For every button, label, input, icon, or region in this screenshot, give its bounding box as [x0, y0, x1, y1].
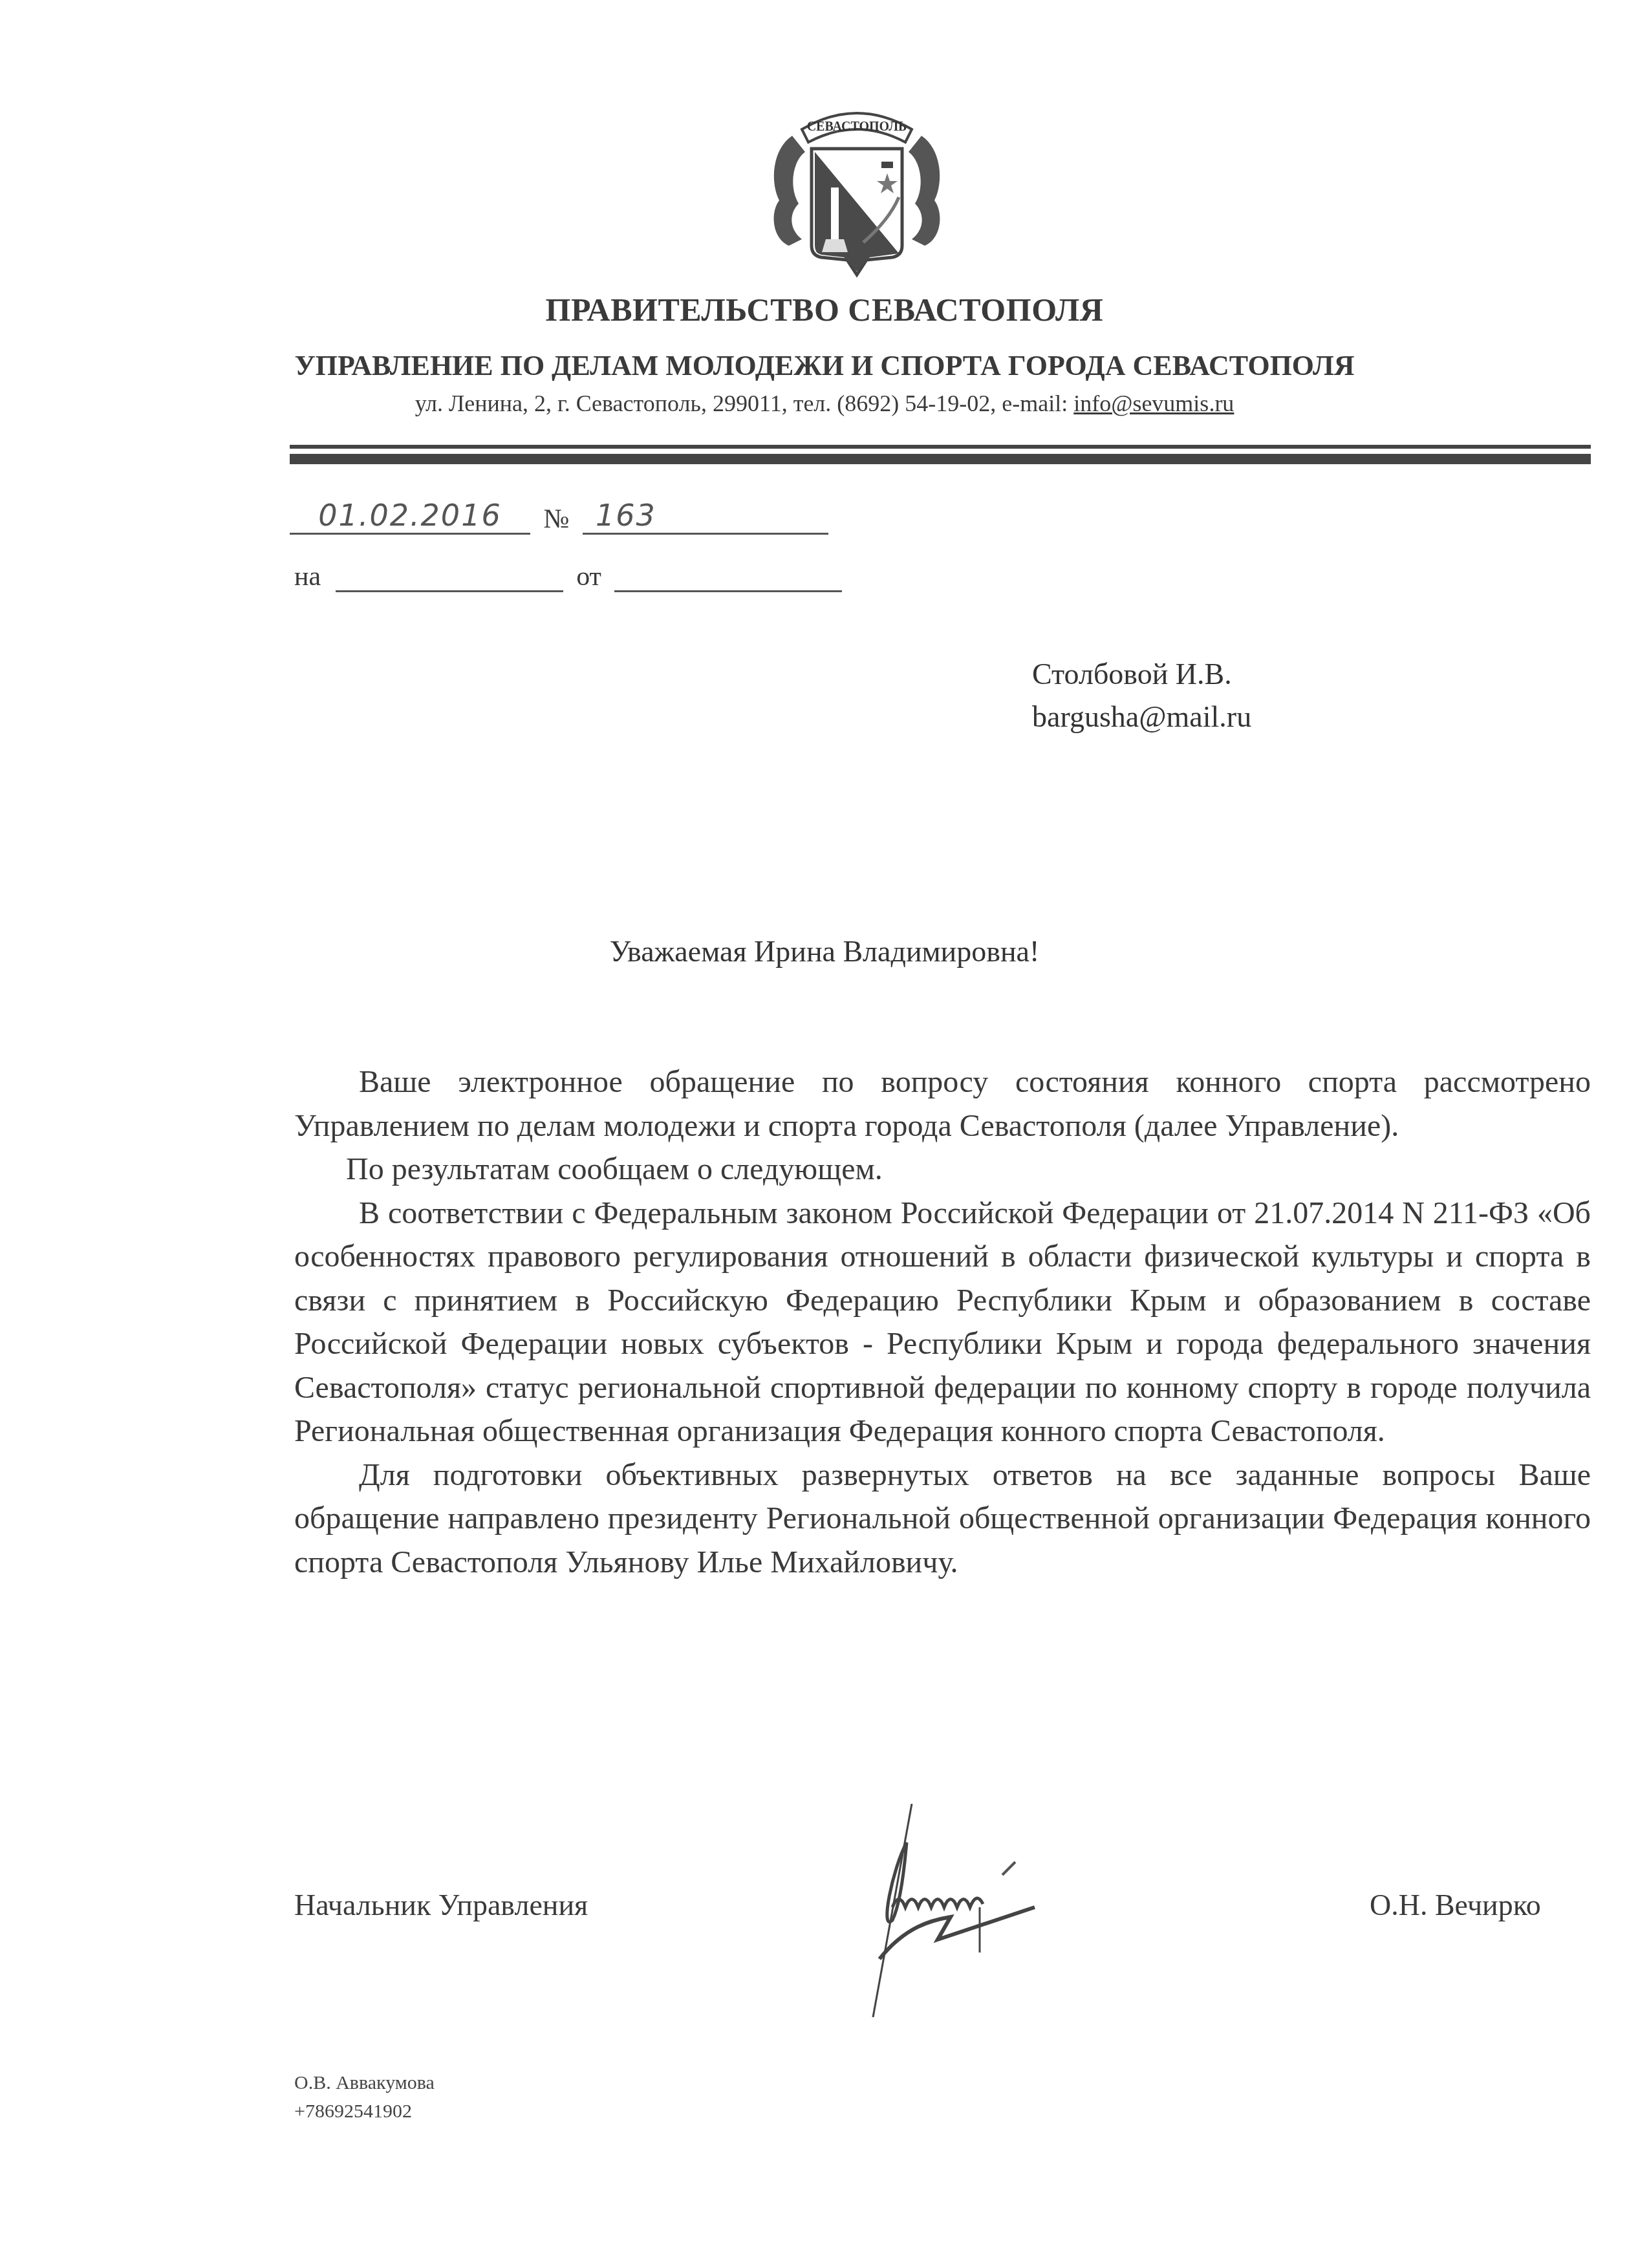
handwritten-signature-icon: [867, 1804, 1203, 2024]
letter-body: Ваше электронное обращение по вопросу со…: [294, 1060, 1591, 1584]
reference-row: на от: [294, 561, 842, 592]
reference-field: [336, 564, 563, 592]
executor-phone: +78692541902: [294, 2097, 435, 2126]
department-address: ул. Ленина, 2, г. Севастополь, 299011, т…: [0, 390, 1649, 417]
executor-name: О.В. Аввакумова: [294, 2069, 435, 2097]
from-label: от: [576, 562, 601, 592]
body-paragraph: По результатам сообщаем о следующем.: [294, 1148, 1591, 1192]
department-title: УПРАВЛЕНИЕ ПО ДЕЛАМ МОЛОДЕЖИ И СПОРТА ГО…: [0, 349, 1649, 382]
registration-date-field: 01.02.2016: [290, 498, 530, 535]
reference-label: на: [294, 562, 321, 592]
government-title: ПРАВИТЕЛЬСТВО СЕВАСТОПОЛЯ: [0, 291, 1649, 328]
registration-date-number-row: 01.02.2016 № 163: [290, 498, 828, 535]
recipient-name: Столбовой И.В.: [1032, 653, 1251, 696]
body-paragraph: Ваше электронное обращение по вопросу со…: [294, 1060, 1591, 1148]
coat-of-arms-emblem: СЕВАСТОПОЛЬ: [766, 91, 947, 278]
registration-number-field: 163: [583, 498, 828, 535]
recipient-email: bargusha@mail.ru: [1032, 696, 1251, 738]
letterhead-divider-thin: [290, 445, 1591, 449]
signatory-name: О.Н. Вечирко: [1370, 1888, 1541, 1922]
svg-text:СЕВАСТОПОЛЬ: СЕВАСТОПОЛЬ: [807, 120, 907, 134]
sevastopol-coat-of-arms-icon: СЕВАСТОПОЛЬ: [766, 91, 947, 278]
body-paragraph: Для подготовки объективных развернутых о…: [294, 1453, 1591, 1585]
executor-block: О.В. Аввакумова +78692541902: [294, 2069, 435, 2126]
number-label: №: [544, 504, 570, 534]
letterhead-divider-thick: [290, 454, 1591, 464]
signatory-title: Начальник Управления: [294, 1888, 588, 1922]
greeting: Уважаемая Ирина Владимировна!: [0, 934, 1649, 968]
from-date-field: [614, 564, 842, 592]
address-text: ул. Ленина, 2, г. Севастополь, 299011, т…: [415, 390, 1074, 416]
body-paragraph: В соответствии с Федеральным законом Рос…: [294, 1192, 1591, 1453]
department-email-link[interactable]: info@sevumis.ru: [1073, 390, 1234, 416]
recipient-block: Столбовой И.В. bargusha@mail.ru: [1032, 653, 1251, 738]
